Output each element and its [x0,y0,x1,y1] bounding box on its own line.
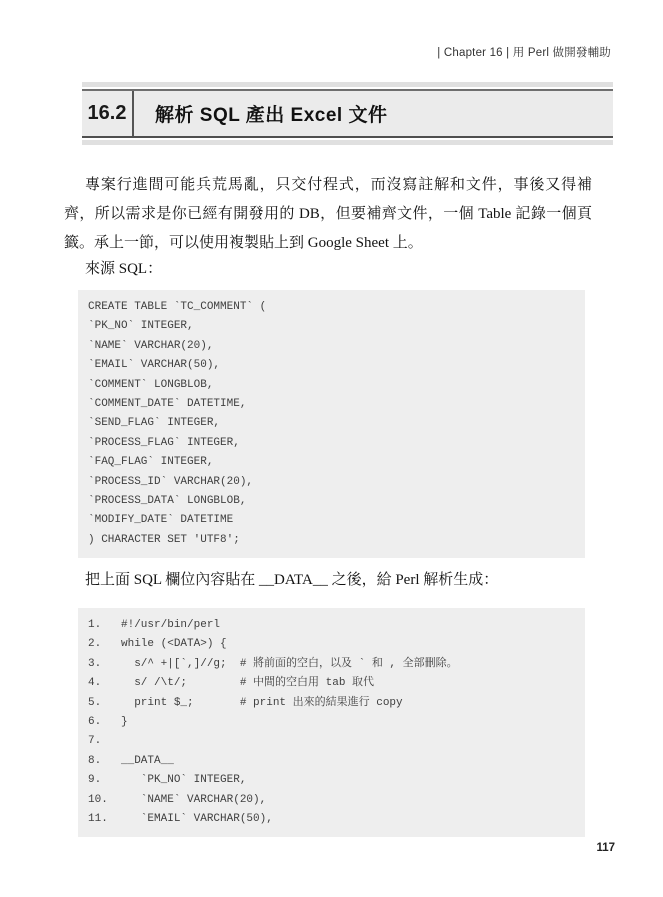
code-line: `PROCESS_FLAG` INTEGER, [88,434,585,453]
section-number: 16.2 [82,102,132,125]
code-line: `PK_NO` INTEGER, [88,317,585,336]
running-header: | Chapter 16 | 用 Perl 做開發輔助 [437,44,611,60]
code-line: CREATE TABLE `TC_COMMENT` ( [88,298,585,317]
code-line: 1. #!/usr/bin/perl [88,616,585,635]
source-sql-label: 來源 SQL： [64,255,592,284]
heading-top-strip [82,82,613,87]
code-line: `COMMENT` LONGBLOB, [88,376,585,395]
section-title: 解析 SQL 產出 Excel 文件 [134,100,387,127]
code-line: ) CHARACTER SET 'UTF8'; [88,531,585,550]
code-line: 9. `PK_NO` INTEGER, [88,771,585,790]
code-line: 11. `EMAIL` VARCHAR(50), [88,810,585,829]
heading-bottom-strip [82,140,613,145]
code-line: `FAQ_FLAG` INTEGER, [88,453,585,472]
perl-code-block: 1. #!/usr/bin/perl2. while (<DATA>) {3. … [78,608,585,837]
code-line: `SEND_FLAG` INTEGER, [88,414,585,433]
code-line: `NAME` VARCHAR(20), [88,337,585,356]
code-line: 3. s/^ +|[`,]//g; # 將前面的空白，以及 ` 和 , 全部刪除… [88,655,585,674]
code-line: 6. } [88,713,585,732]
intro-paragraph: 專案行進間可能兵荒馬亂，只交付程式，而沒寫註解和文件，事後又得補齊，所以需求是你… [64,171,592,258]
heading-banner: 16.2 解析 SQL 產出 Excel 文件 [82,89,613,138]
sql-code-block: CREATE TABLE `TC_COMMENT` (`PK_NO` INTEG… [78,290,585,558]
code-line: `PROCESS_DATA` LONGBLOB, [88,492,585,511]
perl-intro-text: 把上面 SQL 欄位內容貼在 __DATA__ 之後，給 Perl 解析生成： [64,566,592,595]
code-line: 7. [88,732,585,751]
page-number: 117 [596,842,615,854]
code-line: `MODIFY_DATE` DATETIME [88,511,585,530]
section-heading: 16.2 解析 SQL 產出 Excel 文件 [82,82,613,145]
code-line: `EMAIL` VARCHAR(50), [88,356,585,375]
code-line: 2. while (<DATA>) { [88,635,585,654]
code-line: 5. print $_; # print 出來的結果進行 copy [88,694,585,713]
code-line: 8. __DATA__ [88,752,585,771]
code-line: 4. s/ /\t/; # 中間的空白用 tab 取代 [88,674,585,693]
code-line: 10. `NAME` VARCHAR(20), [88,791,585,810]
code-line: `COMMENT_DATE` DATETIME, [88,395,585,414]
code-line: `PROCESS_ID` VARCHAR(20), [88,473,585,492]
